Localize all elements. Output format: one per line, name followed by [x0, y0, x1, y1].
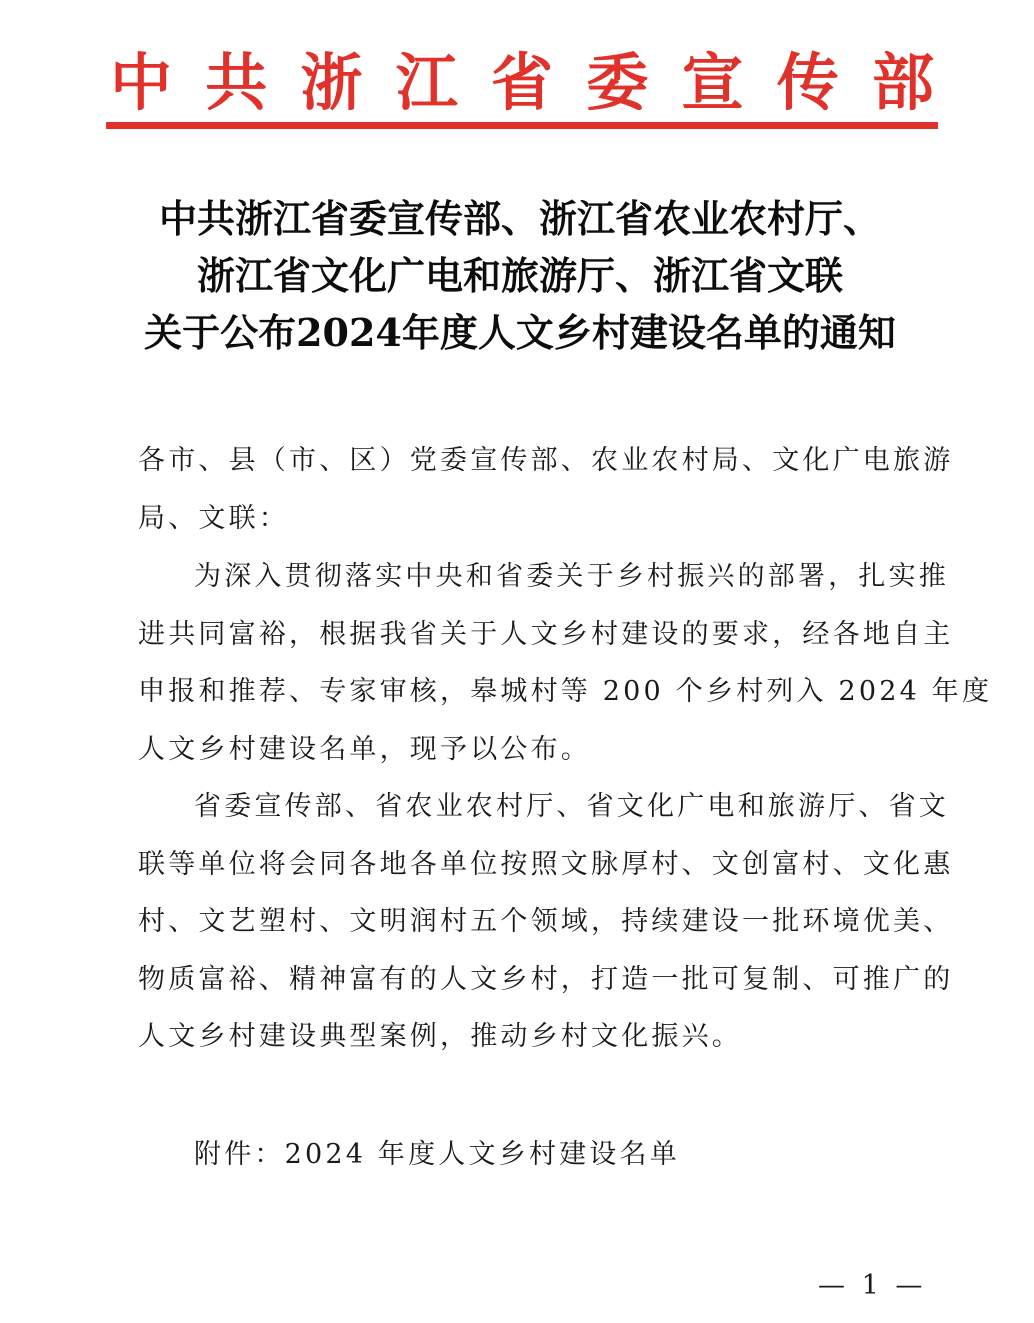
paragraph-plan: 省委宣传部、省农业农村厅、省文化广电和旅游厅、省文 联等单位将会同各地各单位按照… — [138, 778, 910, 1066]
paragraph-line: 申报和推荐、专家审核，皋城村等 200 个乡村列入 2024 年度 — [138, 663, 910, 721]
masthead-char: 江 — [392, 48, 462, 118]
paragraph-line: 省委宣传部、省农业农村厅、省文化广电和旅游厅、省文 — [138, 778, 910, 836]
title-line: 浙江省文化广电和旅游厅、浙江省文联 — [120, 247, 920, 304]
addressee-line: 局、文联： — [138, 490, 910, 548]
document-title: 中共浙江省委宣传部、浙江省农业农村厅、 浙江省文化广电和旅游厅、浙江省文联 关于… — [120, 190, 920, 361]
masthead-char: 省 — [487, 48, 557, 118]
attachment-note: 附件：2024 年度人文乡村建设名单 — [138, 1126, 910, 1184]
paragraph-line: 为深入贯彻落实中央和省委关于乡村振兴的部署，扎实推 — [138, 548, 910, 606]
masthead-org-name: 中 共 浙 江 省 委 宣 传 部 — [106, 48, 938, 118]
page-number: — 1 — — [818, 1268, 926, 1304]
title-line: 关于公布2024年度人文乡村建设名单的通知 — [120, 304, 920, 361]
masthead-char: 共 — [201, 48, 271, 118]
paragraph-line: 联等单位将会同各地各单位按照文脉厚村、文创富村、文化惠 — [138, 836, 910, 894]
masthead-char: 浙 — [297, 48, 367, 118]
attachment-line: 附件：2024 年度人文乡村建设名单 — [138, 1126, 910, 1184]
paragraph-announcement: 为深入贯彻落实中央和省委关于乡村振兴的部署，扎实推 进共同富裕，根据我省关于人文… — [138, 548, 910, 778]
masthead-char: 中 — [106, 48, 176, 118]
masthead-char: 宣 — [678, 48, 748, 118]
paragraph-line: 物质富裕、精神富有的人文乡村，打造一批可复制、可推广的 — [138, 951, 910, 1009]
masthead-char: 委 — [582, 48, 652, 118]
red-divider — [106, 122, 938, 129]
paragraph-line: 村、文艺塑村、文明润村五个领域，持续建设一批环境优美、 — [138, 893, 910, 951]
masthead-char: 传 — [773, 48, 843, 118]
paragraph-line: 进共同富裕，根据我省关于人文乡村建设的要求，经各地自主 — [138, 606, 910, 664]
addressee-line: 各市、县（市、区）党委宣传部、农业农村局、文化广电旅游 — [138, 432, 910, 490]
paragraph-line: 人文乡村建设名单，现予以公布。 — [138, 721, 910, 779]
paragraph-line: 人文乡村建设典型案例，推动乡村文化振兴。 — [138, 1008, 910, 1066]
title-line: 中共浙江省委宣传部、浙江省农业农村厅、 — [120, 190, 920, 247]
masthead-char: 部 — [868, 48, 938, 118]
addressee: 各市、县（市、区）党委宣传部、农业农村局、文化广电旅游 局、文联： — [138, 432, 910, 547]
